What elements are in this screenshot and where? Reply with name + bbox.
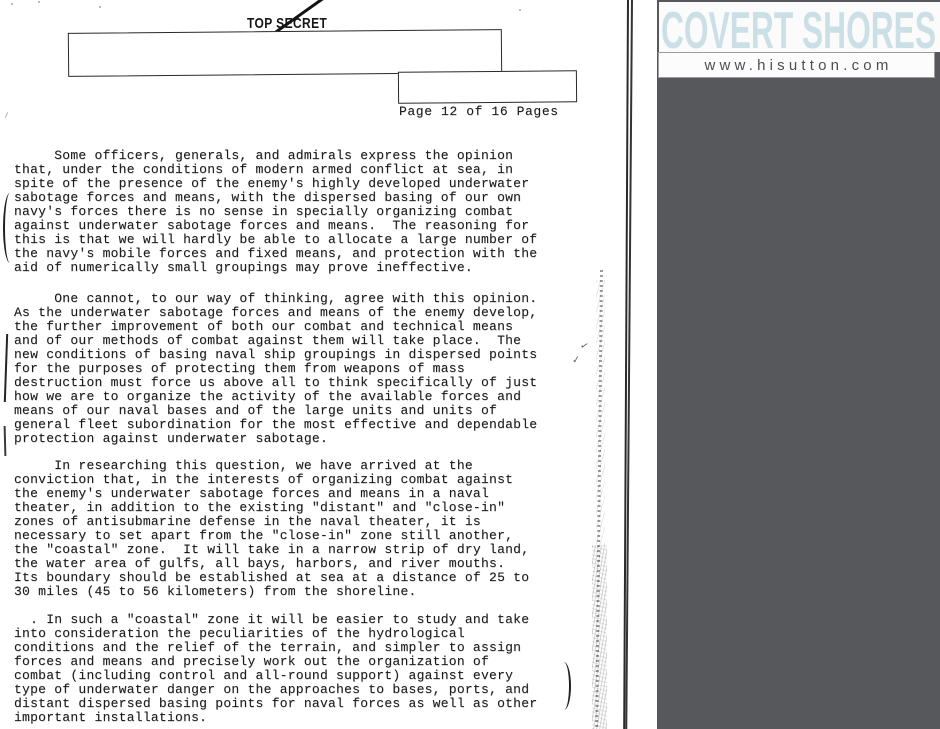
- site-logo: COVERT SHORES: [659, 2, 940, 52]
- scan-speck: [11, 3, 13, 5]
- scan-speck: [99, 6, 101, 8]
- site-url-bar: www.hisutton.com: [658, 52, 935, 78]
- pencil-bracket-right-icon: [557, 662, 571, 710]
- scan-speck: [519, 9, 521, 11]
- pencil-check-icon: ✓: [571, 354, 581, 366]
- site-logo-graphic: COVERT SHORES: [661, 5, 938, 50]
- pencil-bracket-left-icon: [3, 193, 17, 263]
- pencil-check-icon: ✓: [579, 340, 590, 353]
- redaction-box-secondary: [398, 70, 577, 103]
- paragraph-4: . In such a "coastal" zone it will be ea…: [14, 613, 537, 725]
- pencil-margin-line-icon: [4, 334, 8, 402]
- paragraph-2: One cannot, to our way of thinking, agre…: [14, 292, 537, 446]
- page-number-label: Page 12 of 16 Pages: [399, 105, 559, 119]
- redaction-box-primary: [68, 29, 502, 77]
- site-url-text: www.hisutton.com: [700, 57, 892, 74]
- watermark-sidebar: COVERT SHORES www.hisutton.com: [657, 0, 940, 729]
- scan-speck: [38, 1, 40, 3]
- pencil-margin-line-icon: [4, 426, 7, 456]
- scan-speck: [5, 112, 8, 118]
- paragraph-3: In researching this question, we have ar…: [14, 459, 529, 599]
- scan-noise-speckle: [592, 545, 607, 729]
- screenshot-root: TOP SECRET Page 12 of 16 Pages Some offi…: [0, 0, 940, 729]
- site-logo-text: COVERT SHORES: [661, 5, 936, 50]
- document-page: TOP SECRET Page 12 of 16 Pages Some offi…: [0, 0, 657, 729]
- paragraph-1: Some officers, generals, and admirals ex…: [14, 149, 537, 275]
